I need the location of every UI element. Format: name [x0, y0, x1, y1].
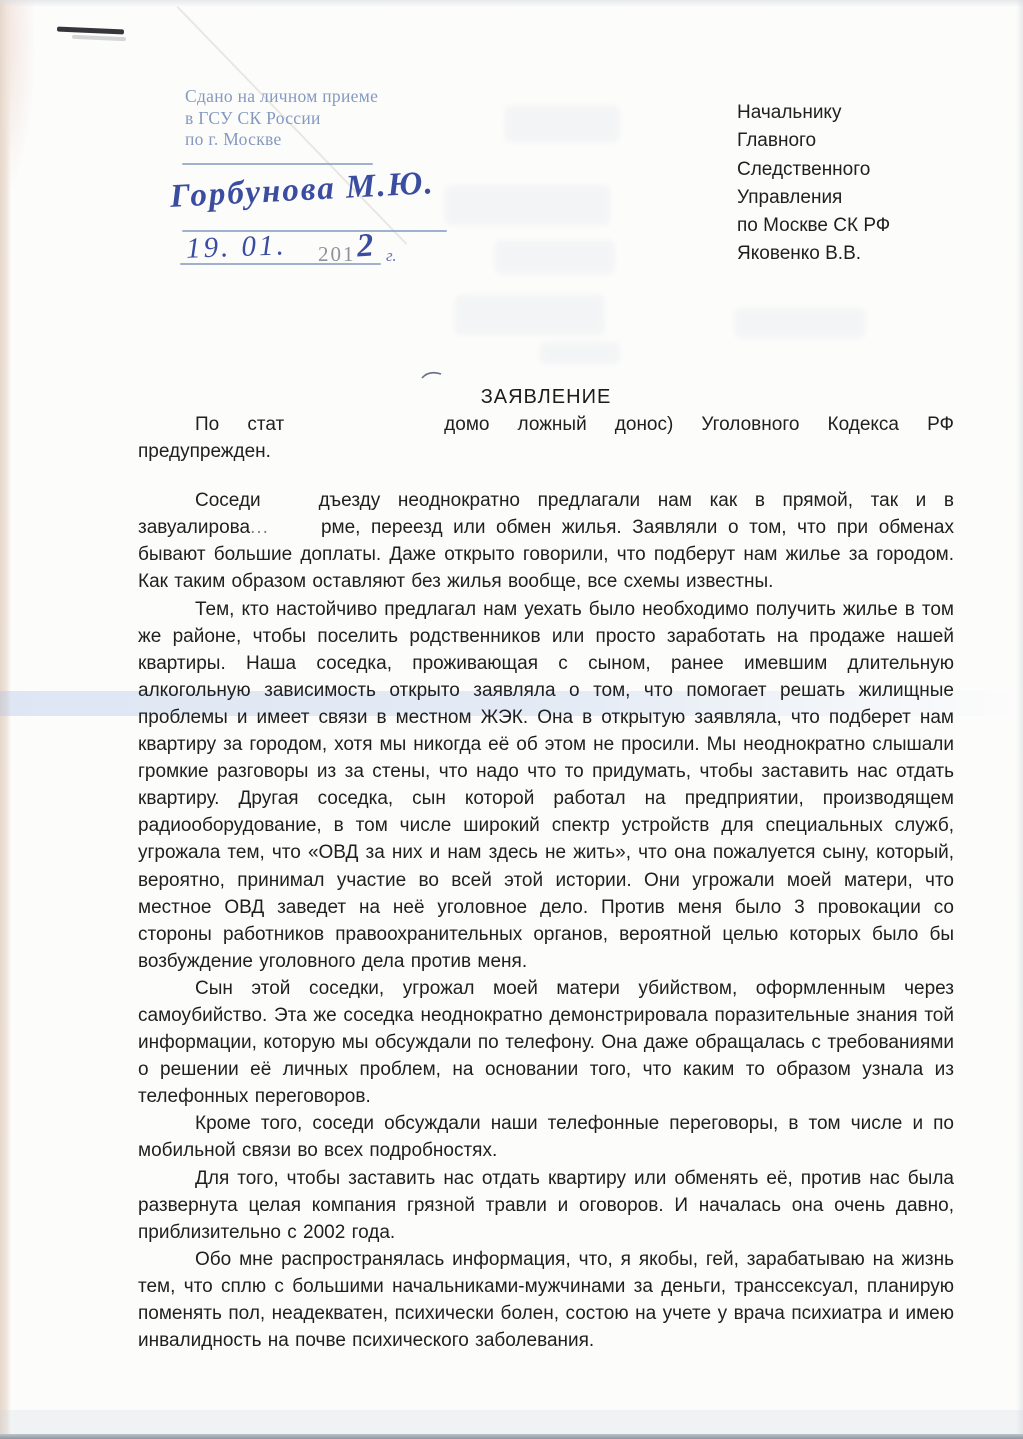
faded-text-fragment: ... — [250, 517, 269, 538]
paragraph-son-threats: Сын этой соседки, угрожал моей матери уб… — [138, 975, 954, 1110]
handwritten-signature: Горбунова М.Ю. — [169, 165, 435, 216]
staple-mark-shadow — [72, 35, 126, 41]
paragraph-phone-talks: Кроме того, соседи обсуждали наши телефо… — [138, 1110, 954, 1164]
letter-title: ЗАЯВЛЕНИЕ — [138, 383, 954, 411]
whiteout-gap — [261, 505, 319, 506]
handwritten-year-digit: 2 — [356, 227, 375, 265]
paragraph-threats: Тем, кто настойчиво предлагал нам уехать… — [138, 596, 954, 975]
paragraph-statute: По статдомо ложный донос) Уголовного Код… — [138, 411, 954, 465]
reception-stamp: Сдано на личном приеме в ГСУ СК России п… — [185, 86, 378, 151]
handwritten-date: 19. 01. — [185, 229, 287, 265]
whiteout-gap — [269, 532, 321, 533]
bleed-through-mark — [455, 295, 605, 335]
text-fragment: По стат — [195, 414, 284, 435]
bleed-through-mark — [735, 308, 865, 338]
staple-mark — [57, 27, 124, 35]
stamp-rule — [180, 263, 381, 265]
letter-body: ЗАЯВЛЕНИЕ По статдомо ложный донос) Угол… — [138, 383, 954, 1354]
recipient-line: по Москве СК РФ — [737, 212, 890, 240]
recipient-line: Следственного — [737, 156, 890, 184]
bleed-through-mark — [495, 240, 615, 274]
handwritten-year-suffix: г. — [386, 246, 397, 266]
recipient-block: Начальнику Главного Следственного Управл… — [737, 99, 890, 269]
recipient-line: Яковенко В.В. — [737, 240, 890, 268]
scanned-letter-page: Сдано на личном приеме в ГСУ СК России п… — [0, 0, 1023, 1439]
stamp-line: в ГСУ СК России — [185, 108, 378, 130]
paragraph-neighbors-offers: Соседидъезду неоднократно предлагали нам… — [138, 487, 954, 595]
text-fragment: Соседи — [195, 490, 261, 511]
bleed-through-mark — [505, 106, 620, 142]
recipient-line: Управления — [737, 184, 890, 212]
bleed-through-mark — [445, 185, 610, 225]
paragraph-harassment-campaign: Для того, чтобы заставить нас отдать ква… — [138, 1165, 954, 1246]
paragraph-rumors: Обо мне распространялась информация, что… — [138, 1246, 954, 1354]
pen-stroke-mark — [420, 369, 444, 381]
stamp-rule — [182, 163, 373, 165]
whiteout-gap — [284, 429, 444, 430]
stamp-line: Сдано на личном приеме — [185, 86, 378, 108]
bleed-through-mark — [540, 342, 620, 364]
scan-left-edge — [0, 0, 11, 1439]
recipient-line: Начальнику — [737, 99, 890, 127]
scan-right-edge — [1016, 0, 1023, 1439]
scan-top-edge — [0, 0, 1023, 7]
stamp-line: по г. Москве — [185, 129, 378, 151]
scan-bottom-band — [0, 1410, 1023, 1434]
scan-bottom-edge — [0, 1434, 1023, 1439]
recipient-line: Главного — [737, 127, 890, 155]
